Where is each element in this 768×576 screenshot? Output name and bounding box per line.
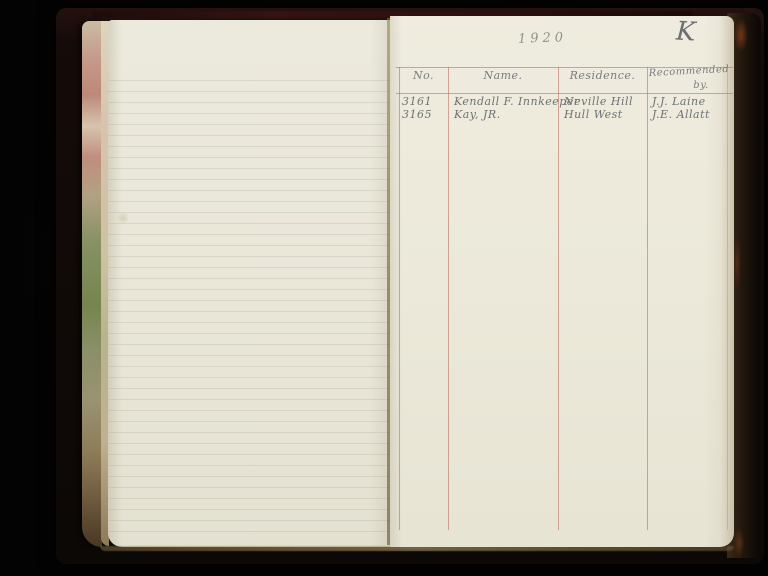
index-letter: K (675, 16, 696, 47)
column-header-recommended-by: by. (686, 80, 716, 91)
column-header-name: Name. (448, 69, 558, 82)
page-stack-marbled-edge (82, 21, 102, 547)
table-rule-vertical-left (399, 67, 400, 530)
table-rule-vertical-residence-recommended (647, 67, 648, 530)
entry-row-1-name: Kendall F. Innkeeper (454, 95, 580, 108)
right-page-index-k: 1920 K No. Name. Residence. Recommended … (390, 16, 734, 547)
table-rule-vertical-name-residence (558, 67, 559, 530)
entry-row-2-no: 3165 (396, 108, 438, 121)
year-heading: 1920 (518, 30, 568, 47)
ruled-lines (108, 70, 390, 535)
entry-row-1-recommended-by: J.J. Laine (652, 95, 706, 108)
entry-row-2-residence: Hull West (564, 108, 623, 121)
column-header-no: No. (399, 69, 448, 82)
entry-row-1-residence: Neville Hill (564, 95, 633, 108)
left-page-blank (108, 20, 390, 547)
table-rule-vertical-right (727, 67, 728, 530)
paper-stain (116, 212, 130, 224)
table-rule-vertical-no-name (448, 67, 449, 530)
entry-row-2-recommended-by: J.E. Allatt (652, 108, 710, 121)
column-header-residence: Residence. (558, 69, 647, 82)
ledger-photo: 1920 K No. Name. Residence. Recommended … (0, 0, 768, 576)
table-rule-horizontal-header-bottom (396, 93, 733, 94)
entry-row-2-name: Kay, JR. (454, 108, 501, 121)
entry-row-1-no: 3161 (396, 95, 438, 108)
